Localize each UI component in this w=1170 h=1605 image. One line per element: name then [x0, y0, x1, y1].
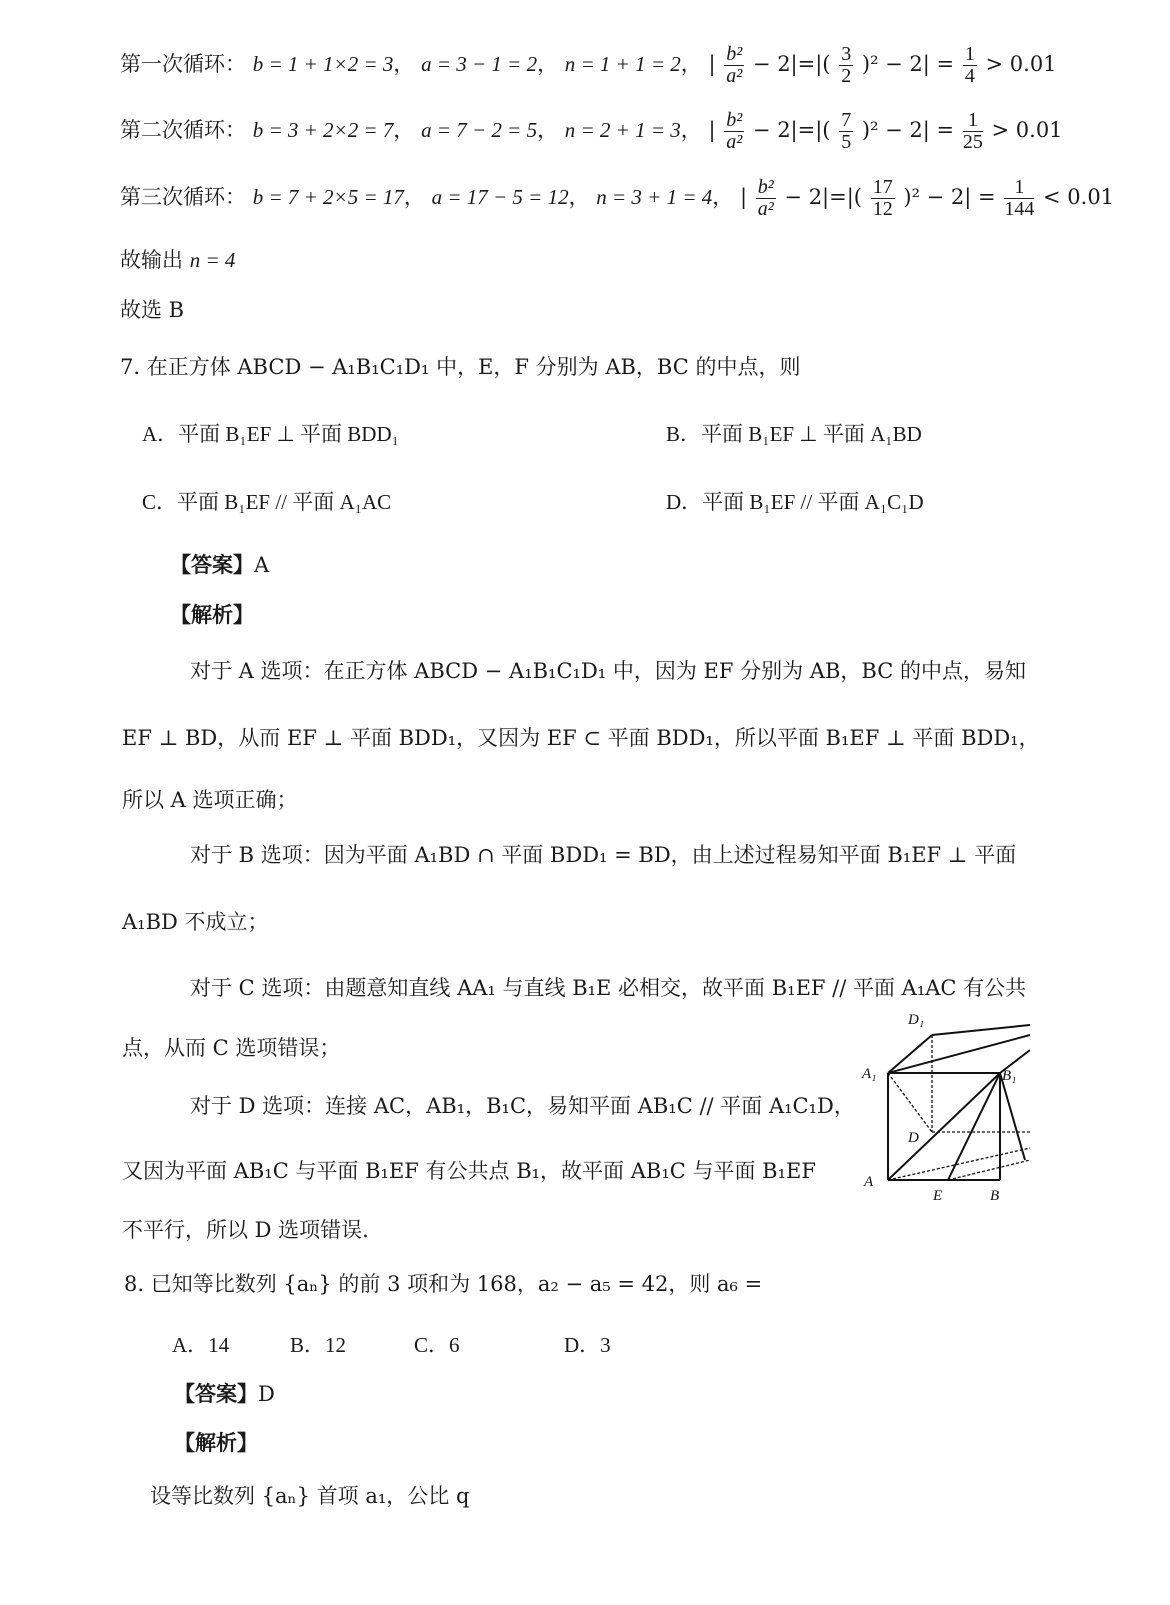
comparison: > 0.01 [986, 52, 1057, 76]
q7-stem: 7. 在正方体 ABCD − A₁B₁C₁D₁ 中，E，F 分别为 AB，BC … [120, 355, 801, 380]
loop-b: b = 1 + 1×2 = 3 [253, 52, 394, 76]
loop-a: a = 3 − 1 = 2 [421, 52, 537, 76]
answer-label: 【答案】 [174, 1381, 258, 1406]
output-text: 故输出 [120, 248, 190, 272]
cube-figure: D₁ A₁ B₁ D A E B [860, 1010, 1030, 1210]
q7-option-c: C．平面 B₁EF // 平面 A₁AC [142, 490, 391, 515]
output-math: n = 4 [190, 248, 236, 272]
abs-bar: | [708, 118, 715, 142]
q8-answer: 【答案】D [174, 1381, 275, 1407]
abs-bar: | [740, 185, 747, 209]
q8-option-c: C．6 [414, 1333, 460, 1358]
q7-analysis-line-1: 对于 A 选项：在正方体 ABCD − A₁B₁C₁D₁ 中，因为 EF 分别为… [190, 659, 1026, 684]
expr-post: )² − 2| = [903, 185, 995, 209]
output-line: 故输出 n = 4 [120, 248, 235, 273]
label-a: A [863, 1174, 874, 1190]
abs-bar: | [708, 52, 715, 76]
fraction-value: 1712 [871, 177, 895, 220]
label-a1: A₁ [861, 1066, 876, 1082]
loop-n: n = 1 + 1 = 2 [565, 52, 681, 76]
q7-analysis-line-5: A₁BD 不成立； [122, 910, 269, 935]
q8-stem: 8. 已知等比数列 {aₙ} 的前 3 项和为 168，a₂ − a₅ = 42… [124, 1272, 762, 1297]
loop-label: 第一次循环： [120, 52, 246, 76]
q7-option-b: B．平面 B₁EF ⊥ 平面 A₁BD [666, 422, 922, 447]
label-b: B [990, 1188, 999, 1204]
loop-label: 第二次循环： [120, 118, 246, 142]
loop-line-3: 第三次循环： b = 7 + 2×5 = 17， a = 17 − 5 = 12… [120, 177, 1114, 220]
label-d: D [907, 1130, 919, 1146]
fraction-result: 14 [963, 44, 977, 87]
fraction-b2-a2: b²a² [724, 110, 744, 153]
expr-mid: − 2|=|( [753, 52, 831, 76]
q7-option-a: A．平面 B₁EF ⊥ 平面 BDD₁ [142, 422, 399, 447]
q7-analysis-line-6: 对于 C 选项：由题意知直线 AA₁ 与直线 B₁E 必相交，故平面 B₁EF … [190, 976, 1026, 1001]
answer-value: D [258, 1382, 275, 1406]
label-e: E [932, 1188, 942, 1204]
q8-analysis-label: 【解析】 [174, 1430, 258, 1455]
q7-answer: 【答案】A [170, 552, 269, 578]
q7-analysis-line-4: 对于 B 选项：因为平面 A₁BD ∩ 平面 BDD₁ = BD，由上述过程易知… [190, 843, 1016, 868]
fraction-value: 32 [839, 44, 853, 87]
loop-n: n = 2 + 1 = 3 [565, 118, 681, 142]
expr-mid: − 2|=|( [784, 185, 862, 209]
fraction-result: 125 [963, 110, 983, 153]
q7-analysis-line-3: 所以 A 选项正确； [122, 788, 298, 813]
q7-analysis-label: 【解析】 [170, 602, 254, 627]
expr-post: )² − 2| = [862, 52, 954, 76]
loop-n: n = 3 + 1 = 4 [596, 185, 712, 209]
q7-analysis-line-9: 又因为平面 AB₁C 与平面 B₁EF 有公共点 B₁，故平面 AB₁C 与平面… [122, 1159, 816, 1184]
loop-line-1: 第一次循环： b = 1 + 1×2 = 3， a = 3 − 1 = 2， n… [120, 44, 1057, 87]
loop-line-2: 第二次循环： b = 3 + 2×2 = 7， a = 7 − 2 = 5， n… [120, 110, 1063, 153]
q7-analysis-line-10: 不平行，所以 D 选项错误. [122, 1218, 369, 1243]
q8-option-a: A．14 [172, 1333, 229, 1358]
loop-a: a = 7 − 2 = 5 [421, 118, 537, 142]
loop-a: a = 17 − 5 = 12 [432, 185, 569, 209]
q7-analysis-line-2: EF ⊥ BD，从而 EF ⊥ 平面 BDD₁，又因为 EF ⊂ 平面 BDD₁… [122, 726, 1040, 751]
comparison: > 0.01 [992, 118, 1063, 142]
q7-analysis-line-7: 点，从而 C 选项错误； [122, 1036, 340, 1061]
fraction-result: 1144 [1004, 177, 1034, 220]
q7-option-d: D．平面 B₁EF // 平面 A₁C₁D [666, 490, 924, 515]
fraction-b2-a2: b²a² [724, 44, 744, 87]
loop-b: b = 7 + 2×5 = 17 [253, 185, 404, 209]
expr-post: )² − 2| = [862, 118, 954, 142]
expr-mid: − 2|=|( [753, 118, 831, 142]
answer-label: 【答案】 [170, 552, 254, 577]
label-b1: B₁ [1002, 1068, 1016, 1084]
fraction-value: 75 [839, 110, 853, 153]
q8-analysis-line-1: 设等比数列 {aₙ} 首项 a₁，公比 q [150, 1484, 469, 1509]
q8-option-d: D．3 [564, 1333, 611, 1358]
loop-label: 第三次循环： [120, 185, 246, 209]
q8-option-b: B．12 [290, 1333, 346, 1358]
choose-line: 故选 B [120, 298, 184, 323]
answer-value: A [254, 553, 269, 577]
comparison: < 0.01 [1043, 185, 1114, 209]
q7-analysis-line-8: 对于 D 选项：连接 AC，AB₁，B₁C，易知平面 AB₁C // 平面 A₁… [190, 1094, 855, 1119]
fraction-b2-a2: b²a² [756, 177, 776, 220]
loop-b: b = 3 + 2×2 = 7 [253, 118, 394, 142]
label-d1: D₁ [907, 1012, 924, 1028]
